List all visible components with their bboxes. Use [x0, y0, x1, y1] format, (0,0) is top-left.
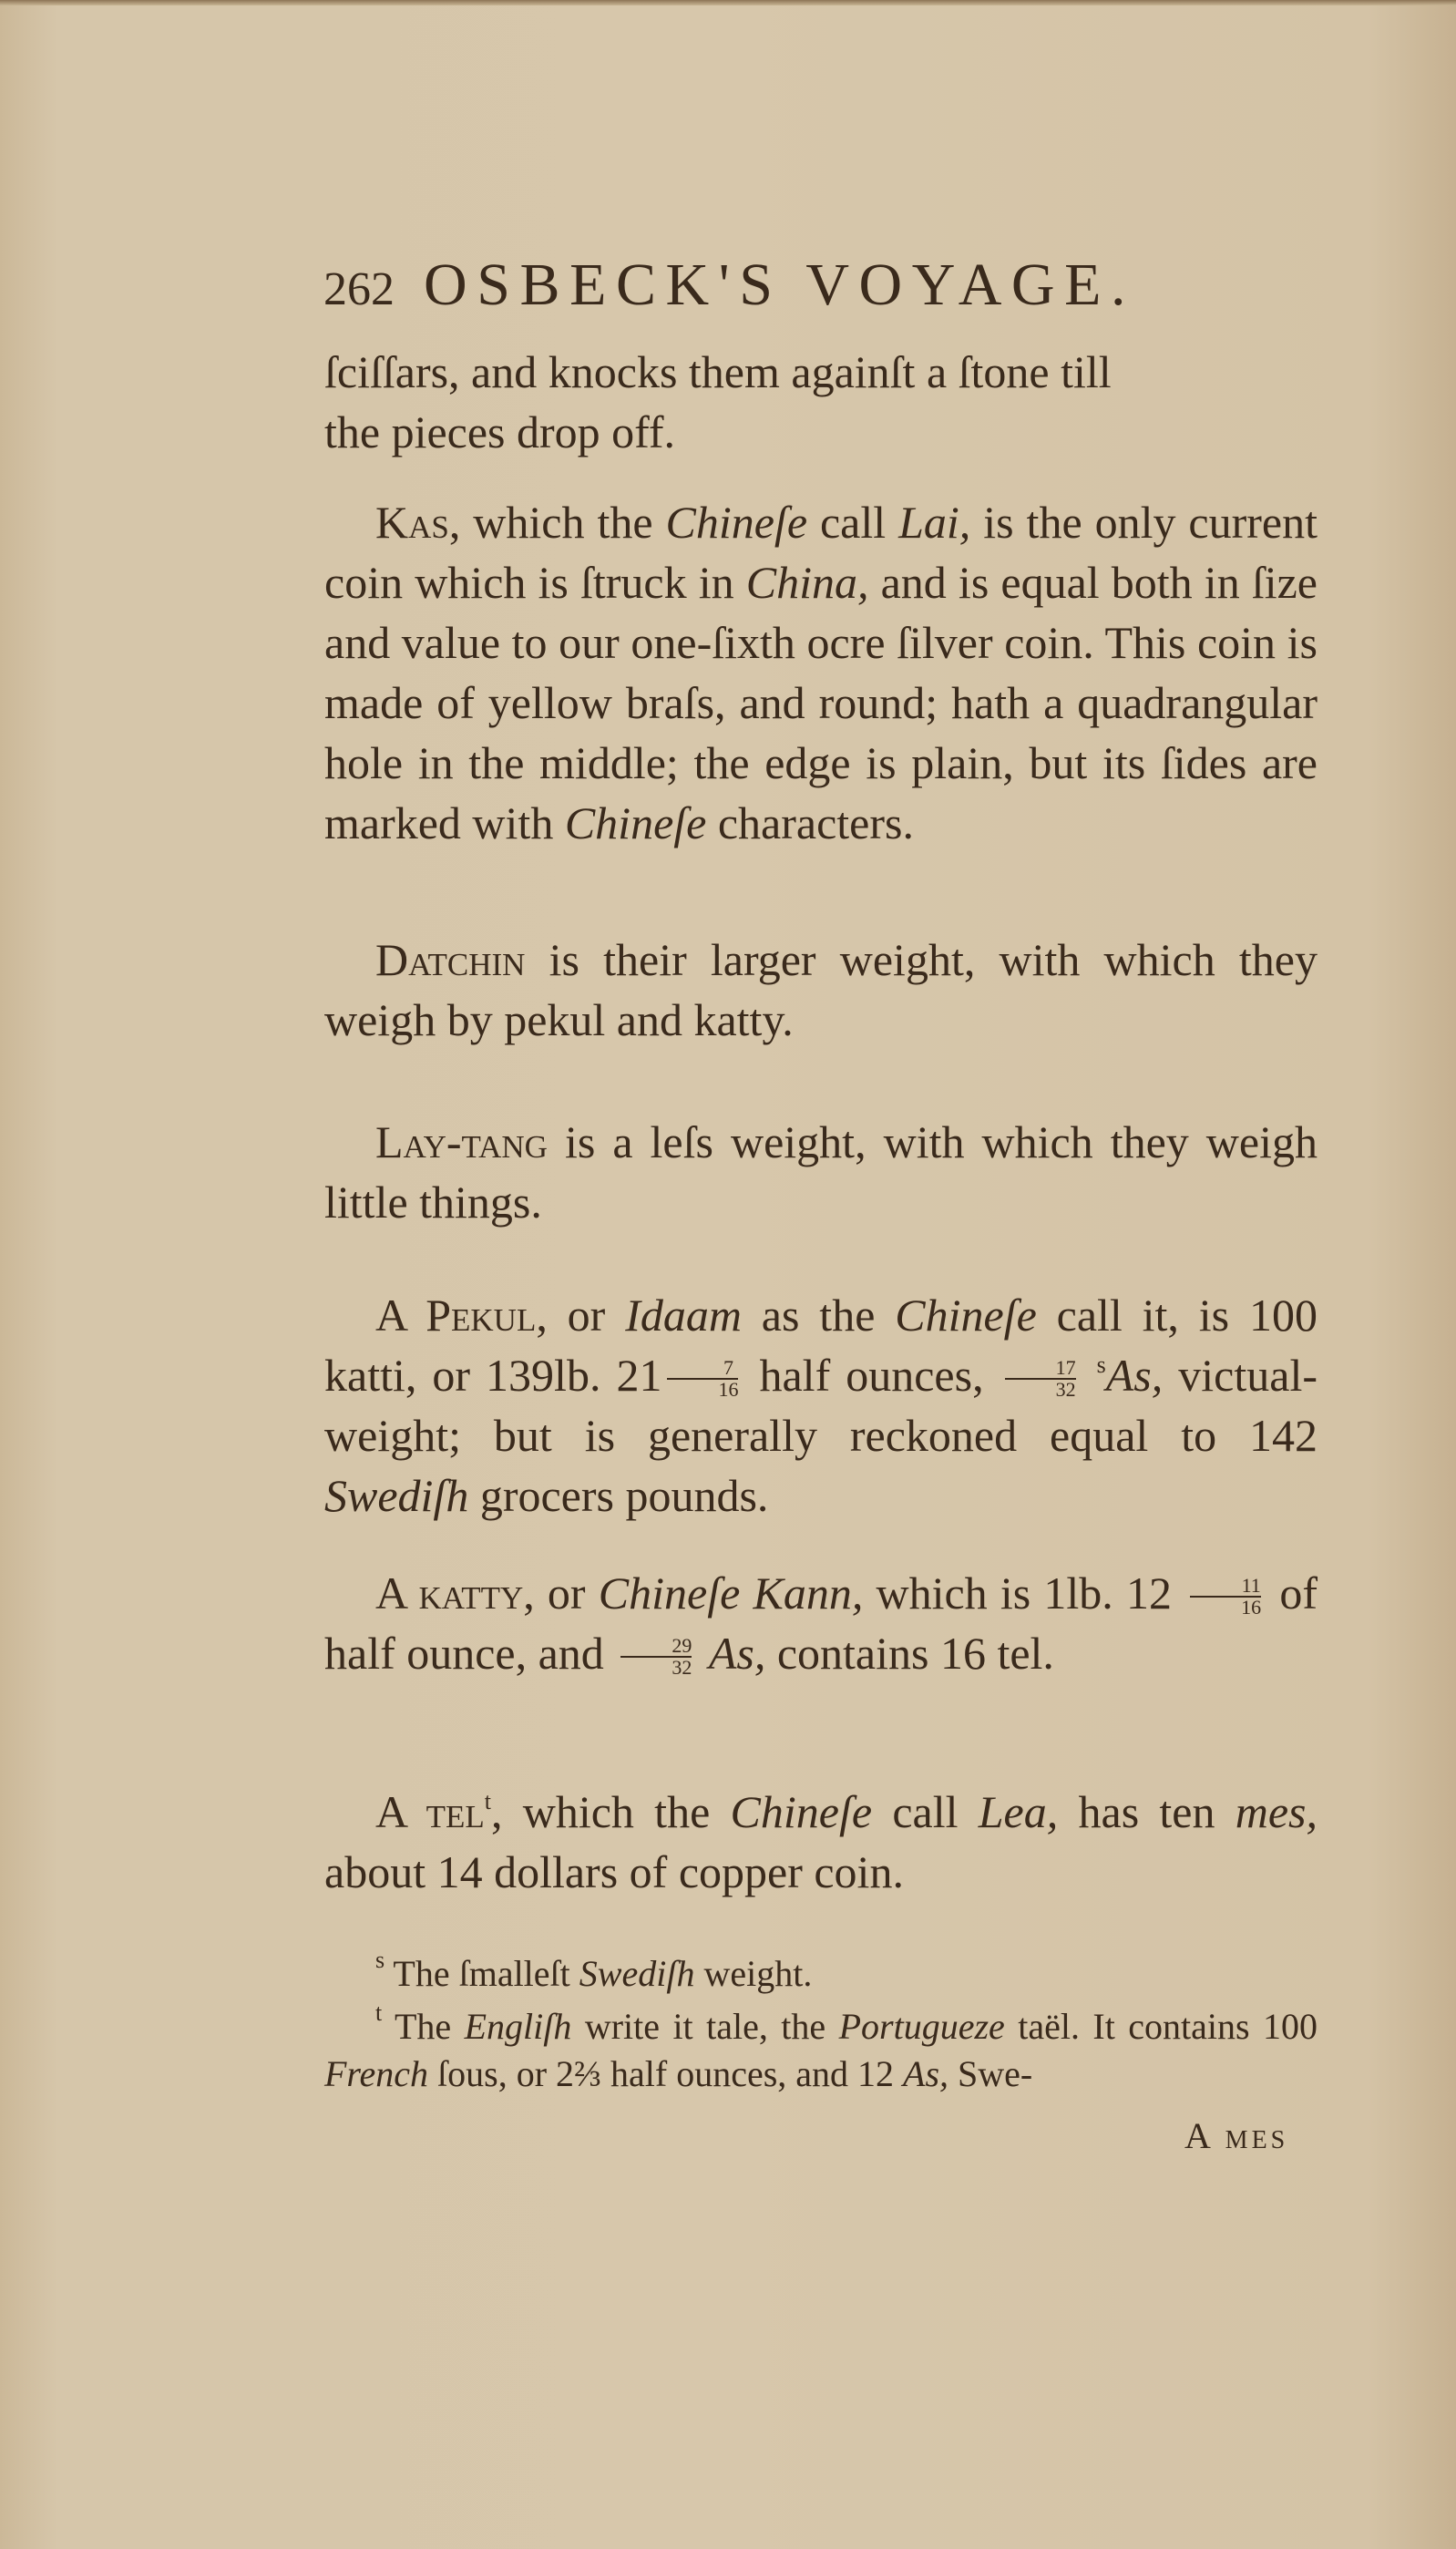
footnote-ref[interactable]: s — [1097, 1352, 1106, 1378]
running-header: 262OSBECK'S VOYAGE. — [323, 251, 1326, 320]
paragraph-lay-tang: Lay-tang is a leſs weight, with which th… — [324, 1112, 1318, 1232]
footnote-ref[interactable]: t — [485, 1788, 491, 1814]
paragraph-katty: A katty, or Chineſe Kann, which is 1lb. … — [324, 1563, 1318, 1683]
paragraph-pekul: A Pekul, or Idaam as the Chineſe call it… — [324, 1285, 1318, 1526]
catchword: A mes — [1184, 2114, 1288, 2157]
page-number: 262 — [323, 263, 395, 315]
footnote-s: s The ſmalleſt Swediſh weight. — [324, 1950, 1318, 1998]
paragraph-datchin: Datchin is their larger weight, with whi… — [324, 930, 1318, 1050]
footnote-t: t The Engliſh write it tale, the Portugu… — [324, 2003, 1318, 2098]
fraction: 2932 — [620, 1636, 692, 1678]
fraction: 1732 — [1005, 1358, 1076, 1400]
paragraph-tel: A telt, which the Chineſe call Lea, has … — [324, 1782, 1318, 1902]
running-title: OSBECK'S VOYAGE. — [424, 252, 1135, 318]
paragraph-kas: Kas, which the Chineſe call Lai, is the … — [324, 492, 1318, 853]
page-top-edge — [0, 0, 1456, 5]
book-page: 262OSBECK'S VOYAGE. ſciſſars, and knocks… — [0, 0, 1456, 2549]
fraction: 1116 — [1190, 1576, 1261, 1618]
paragraph-continuation: ſciſſars, and knocks them againſt a ſton… — [324, 342, 1318, 462]
footnotes: s The ſmalleſt Swediſh weight. t The Eng… — [324, 1950, 1318, 2098]
fraction: 716 — [667, 1358, 738, 1400]
